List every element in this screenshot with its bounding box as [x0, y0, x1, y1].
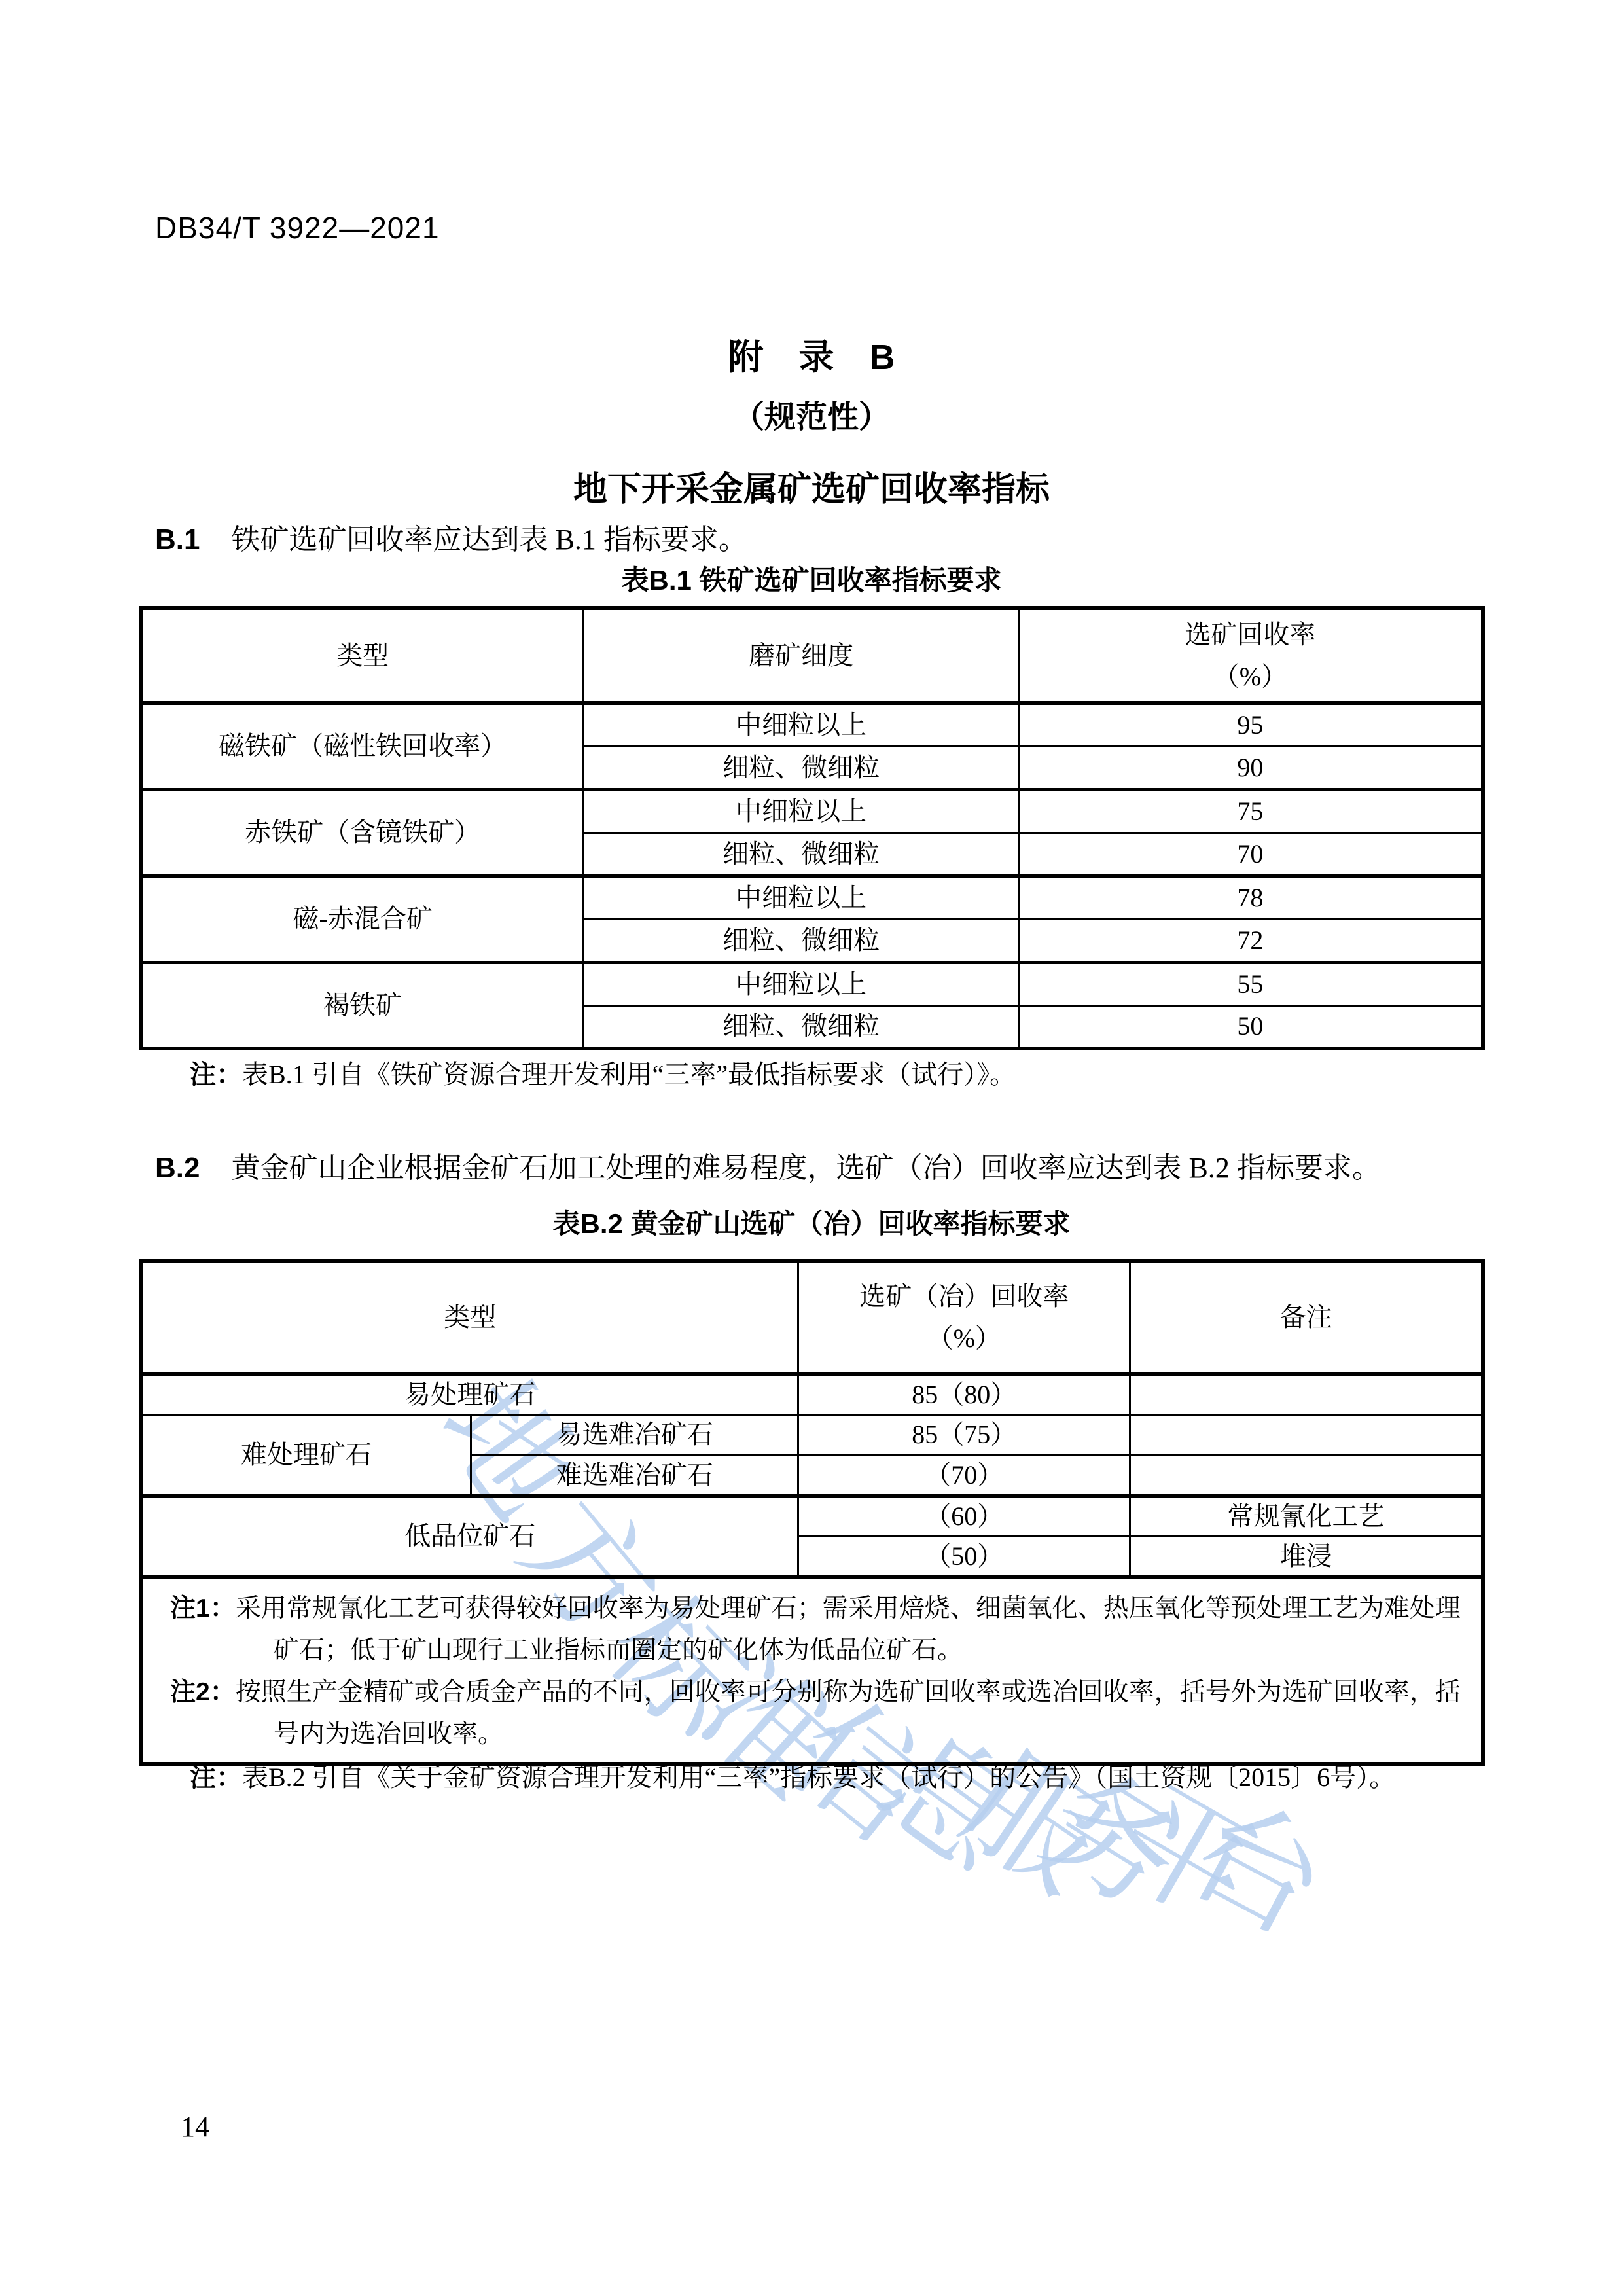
table-b1-note-label: 注： — [190, 1060, 242, 1089]
clause-b2-text: 黄金矿山企业根据金矿石加工处理的难易程度，选矿（冶）回收率应达到表 B.2 指标… — [231, 1152, 1380, 1184]
tb1-cell: 78 — [1018, 876, 1483, 919]
tb1-header-fineness: 磨矿细度 — [584, 608, 1019, 703]
tb1-header-type: 类型 — [141, 608, 584, 703]
tb2-note-1: 注1：采用常规氰化工艺可获得较好回收率为易处理矿石；需采用焙烧、细菌氧化、热压氧… — [170, 1588, 1461, 1672]
table-b1-note: 注：表B.1 引自《铁矿资源合理开发利用“三率”最低指标要求（试行）》。 — [190, 1058, 1492, 1092]
tb2-cell: 堆浸 — [1130, 1536, 1483, 1577]
tb2-note-2-text: 按照生产金精矿或合质金产品的不同，回收率可分别称为选矿回收率或选冶回收率，括号外… — [236, 1678, 1461, 1748]
tb2-cell: （60） — [798, 1496, 1130, 1536]
table-b2-note-text: 表B.2 引自《关于金矿资源合理开发利用“三率”指标要求（试行）的公告》（国土资… — [242, 1763, 1395, 1792]
table-b2: 类型 选矿（冶）回收率 （%） 备注 易处理矿石 85（80） 难处理矿石 易选… — [139, 1259, 1485, 1741]
tb2-cell — [1130, 1455, 1483, 1496]
tb2-note-2: 注2：按照生产金精矿或合质金产品的不同，回收率可分别称为选矿回收率或选冶回收率，… — [170, 1672, 1461, 1755]
tb2-cell: 常规氰化工艺 — [1130, 1496, 1483, 1536]
table-b1: 类型 磨矿细度 选矿回收率 （%） 磁铁矿（磁性铁回收率） 中细粒以上 95 细… — [139, 606, 1485, 1049]
doc-code: DB34/T 3922—2021 — [155, 211, 440, 244]
tb2-cell: （50） — [798, 1536, 1130, 1577]
tb1-cell: 细粒、微细粒 — [584, 746, 1019, 789]
tb2-type-easy: 易处理矿石 — [141, 1374, 798, 1414]
page-number: 14 — [181, 2110, 209, 2144]
tb1-cell: 细粒、微细粒 — [584, 1005, 1019, 1049]
tb2-type-hard: 难处理矿石 — [141, 1414, 471, 1496]
tb2-cell: 易选难冶矿石 — [471, 1414, 798, 1455]
tb2-cell: （70） — [798, 1455, 1130, 1496]
tb1-cell: 95 — [1018, 703, 1483, 746]
tb1-cell: 90 — [1018, 746, 1483, 789]
clause-b2: B.2黄金矿山企业根据金矿石加工处理的难易程度，选矿（冶）回收率应达到表 B.2… — [155, 1150, 1484, 1187]
tb1-header-recovery-line1: 选矿回收率 — [1025, 614, 1476, 656]
tb2-cell — [1130, 1374, 1483, 1414]
tb1-cell: 中细粒以上 — [584, 876, 1019, 919]
tb2-header-recovery-line2: （%） — [804, 1318, 1124, 1359]
tb1-cell: 细粒、微细粒 — [584, 919, 1019, 962]
table-b1-caption: 表B.1 铁矿选矿回收率指标要求 — [0, 564, 1623, 597]
tb2-header-recovery: 选矿（冶）回收率 （%） — [798, 1261, 1130, 1374]
appendix-title: 附 录 B — [0, 338, 1623, 377]
tb1-type-magnetite: 磁铁矿（磁性铁回收率） — [141, 703, 584, 789]
tb1-cell: 70 — [1018, 833, 1483, 876]
table-b2-note-label: 注： — [190, 1763, 242, 1792]
tb2-cell: 85（80） — [798, 1374, 1130, 1414]
tb2-note-2-label: 注2： — [170, 1678, 236, 1706]
tb1-cell: 细粒、微细粒 — [584, 833, 1019, 876]
tb2-cell — [1130, 1414, 1483, 1455]
tb1-cell: 50 — [1018, 1005, 1483, 1049]
tb1-cell: 中细粒以上 — [584, 962, 1019, 1005]
normative-label: （规范性） — [0, 399, 1623, 436]
tb1-cell: 中细粒以上 — [584, 789, 1019, 833]
table-b2-note: 注：表B.2 引自《关于金矿资源合理开发利用“三率”指标要求（试行）的公告》（国… — [190, 1761, 1492, 1795]
tb2-notes-cell: 注1：采用常规氰化工艺可获得较好回收率为易处理矿石；需采用焙烧、细菌氧化、热压氧… — [141, 1577, 1483, 1764]
clause-b1-label: B.1 — [155, 524, 200, 556]
tb1-type-hematite: 赤铁矿（含镜铁矿） — [141, 789, 584, 876]
tb2-header-recovery-line1: 选矿（冶）回收率 — [804, 1276, 1124, 1318]
tb2-header-type: 类型 — [141, 1261, 798, 1374]
tb2-cell: 难选难冶矿石 — [471, 1455, 798, 1496]
clause-b2-label: B.2 — [155, 1152, 200, 1184]
tb1-cell: 75 — [1018, 789, 1483, 833]
tb1-type-limonite: 褐铁矿 — [141, 962, 584, 1049]
table-b2-caption: 表B.2 黄金矿山选矿（冶）回收率指标要求 — [0, 1208, 1623, 1240]
tb1-cell: 72 — [1018, 919, 1483, 962]
watermark-char: 台 — [1171, 1784, 1344, 1957]
tb2-type-lowgrade: 低品位矿石 — [141, 1496, 798, 1577]
table-b1-note-text: 表B.1 引自《铁矿资源合理开发利用“三率”最低指标要求（试行）》。 — [242, 1060, 1016, 1089]
tb2-note-1-text: 采用常规氰化工艺可获得较好回收率为易处理矿石；需采用焙烧、细菌氧化、热压氧化等预… — [236, 1594, 1461, 1664]
tb1-header-recovery-line2: （%） — [1025, 656, 1476, 698]
document-page: 地方标准信息服务平台 DB34/T 3922—2021 附 录 B （规范性） … — [0, 0, 1623, 2296]
tb1-cell: 55 — [1018, 962, 1483, 1005]
main-title: 地下开采金属矿选矿回收率指标 — [0, 470, 1623, 509]
clause-b1: B.1铁矿选矿回收率应达到表 B.1 指标要求。 — [155, 522, 1484, 558]
tb2-header-remark: 备注 — [1130, 1261, 1483, 1374]
clause-b1-text: 铁矿选矿回收率应达到表 B.1 指标要求。 — [231, 524, 747, 556]
tb2-note-1-label: 注1： — [170, 1594, 236, 1623]
watermark-char: 平 — [1098, 1770, 1272, 1944]
tb1-type-mixed: 磁-赤混合矿 — [141, 876, 584, 962]
tb2-cell: 85（75） — [798, 1414, 1130, 1455]
tb1-cell: 中细粒以上 — [584, 703, 1019, 746]
tb1-header-recovery: 选矿回收率 （%） — [1018, 608, 1483, 703]
